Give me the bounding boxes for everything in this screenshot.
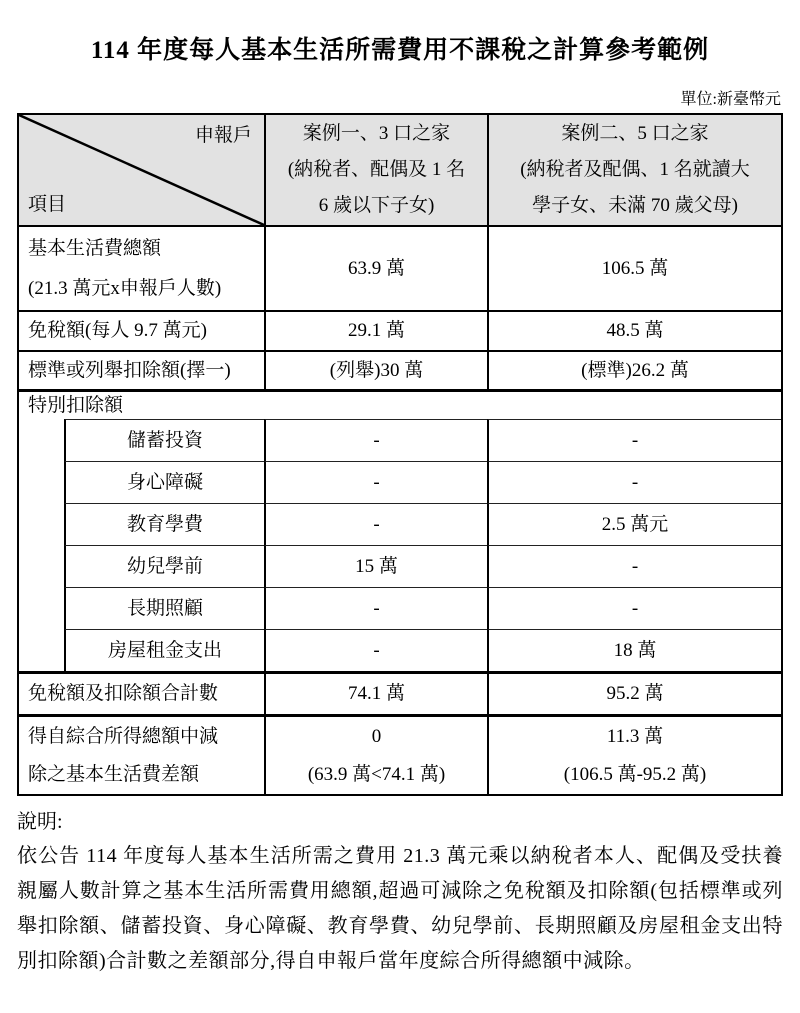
indent-gutter	[19, 419, 64, 461]
case1-value: (列舉)30 萬	[264, 352, 487, 389]
corner-cell: 申報戶 項目	[19, 115, 264, 225]
table-subrow-rent-expense: 房屋租金支出 - 18 萬	[19, 629, 781, 671]
case1-value: 29.1 萬	[264, 312, 487, 350]
case2-value: -	[487, 419, 781, 461]
table-row-difference: 得自綜合所得總額中減 除之基本生活費差額 0 (63.9 萬<74.1 萬) 1…	[19, 714, 781, 794]
section-label: 特別扣除額	[19, 392, 781, 419]
subrow-label: 幼兒學前	[64, 545, 264, 587]
row-label: 標準或列舉扣除額(擇一)	[19, 352, 264, 389]
case2-value: 2.5 萬元	[487, 503, 781, 545]
case2-header: 案例二、5 口之家 (納稅者及配偶、1 名就讀大 學子女、未滿 70 歲父母)	[487, 115, 781, 225]
subrow-label: 身心障礙	[64, 461, 264, 503]
case2-value: -	[487, 461, 781, 503]
table-row-standard-itemized-deduction: 標準或列舉扣除額(擇一) (列舉)30 萬 (標準)26.2 萬	[19, 350, 781, 389]
document-page: 114 年度每人基本生活所需費用不課稅之計算參考範例 單位:新臺幣元 申報戶 項…	[0, 0, 800, 979]
table-row-exemption: 免稅額(每人 9.7 萬元) 29.1 萬 48.5 萬	[19, 310, 781, 350]
case2-value: -	[487, 587, 781, 629]
row-label: 得自綜合所得總額中減 除之基本生活費差額	[19, 717, 264, 794]
table-header-row: 申報戶 項目 案例一、3 口之家 (納稅者、配偶及 1 名 6 歲以下子女) 案…	[19, 115, 781, 225]
case1-value: -	[264, 629, 487, 671]
indent-gutter	[19, 629, 64, 671]
case2-value: -	[487, 545, 781, 587]
note-section: 說明: 依公告 114 年度每人基本生活所需之費用 21.3 萬元乘以納稅者本人…	[17, 805, 783, 979]
tax-example-table: 申報戶 項目 案例一、3 口之家 (納稅者、配偶及 1 名 6 歲以下子女) 案…	[17, 113, 783, 796]
unit-label: 單位:新臺幣元	[17, 86, 781, 109]
case2-value: 95.2 萬	[487, 674, 781, 714]
case2-value: 48.5 萬	[487, 312, 781, 350]
case1-header: 案例一、3 口之家 (納稅者、配偶及 1 名 6 歲以下子女)	[264, 115, 487, 225]
table-row-basic-living-total: 基本生活費總額 (21.3 萬元x申報戶人數) 63.9 萬 106.5 萬	[19, 225, 781, 310]
table-subrow-savings-investment: 儲蓄投資 - -	[19, 419, 781, 461]
table-subrow-preschool: 幼兒學前 15 萬 -	[19, 545, 781, 587]
case1-value: 63.9 萬	[264, 227, 487, 310]
table-row-special-deductions-header: 特別扣除額	[19, 389, 781, 419]
indent-gutter	[19, 587, 64, 629]
indent-gutter	[19, 503, 64, 545]
case1-value: 74.1 萬	[264, 674, 487, 714]
case2-value: (標準)26.2 萬	[487, 352, 781, 389]
note-heading: 說明:	[17, 805, 783, 839]
row-label: 免稅額及扣除額合計數	[19, 674, 264, 714]
case1-value: -	[264, 503, 487, 545]
subrow-label: 房屋租金支出	[64, 629, 264, 671]
subrow-label: 長期照顧	[64, 587, 264, 629]
case2-value: 11.3 萬 (106.5 萬-95.2 萬)	[487, 717, 781, 794]
table-subrow-long-term-care: 長期照顧 - -	[19, 587, 781, 629]
row-label: 免稅額(每人 9.7 萬元)	[19, 312, 264, 350]
indent-gutter	[19, 545, 64, 587]
case2-value: 106.5 萬	[487, 227, 781, 310]
note-body: 依公告 114 年度每人基本生活所需之費用 21.3 萬元乘以納稅者本人、配偶及…	[17, 839, 783, 979]
row-label: 基本生活費總額 (21.3 萬元x申報戶人數)	[19, 227, 264, 310]
case1-value: -	[264, 587, 487, 629]
page-title: 114 年度每人基本生活所需費用不課稅之計算參考範例	[17, 30, 783, 66]
case1-value: -	[264, 461, 487, 503]
case2-value: 18 萬	[487, 629, 781, 671]
subrow-label: 教育學費	[64, 503, 264, 545]
table-subrow-disability: 身心障礙 - -	[19, 461, 781, 503]
corner-label-item: 項目	[28, 192, 66, 218]
table-row-total: 免稅額及扣除額合計數 74.1 萬 95.2 萬	[19, 671, 781, 714]
indent-gutter	[19, 461, 64, 503]
subrow-label: 儲蓄投資	[64, 419, 264, 461]
case1-value: 0 (63.9 萬<74.1 萬)	[264, 717, 487, 794]
corner-label-household: 申報戶	[195, 123, 252, 149]
case1-value: -	[264, 419, 487, 461]
table-subrow-tuition: 教育學費 - 2.5 萬元	[19, 503, 781, 545]
case1-value: 15 萬	[264, 545, 487, 587]
